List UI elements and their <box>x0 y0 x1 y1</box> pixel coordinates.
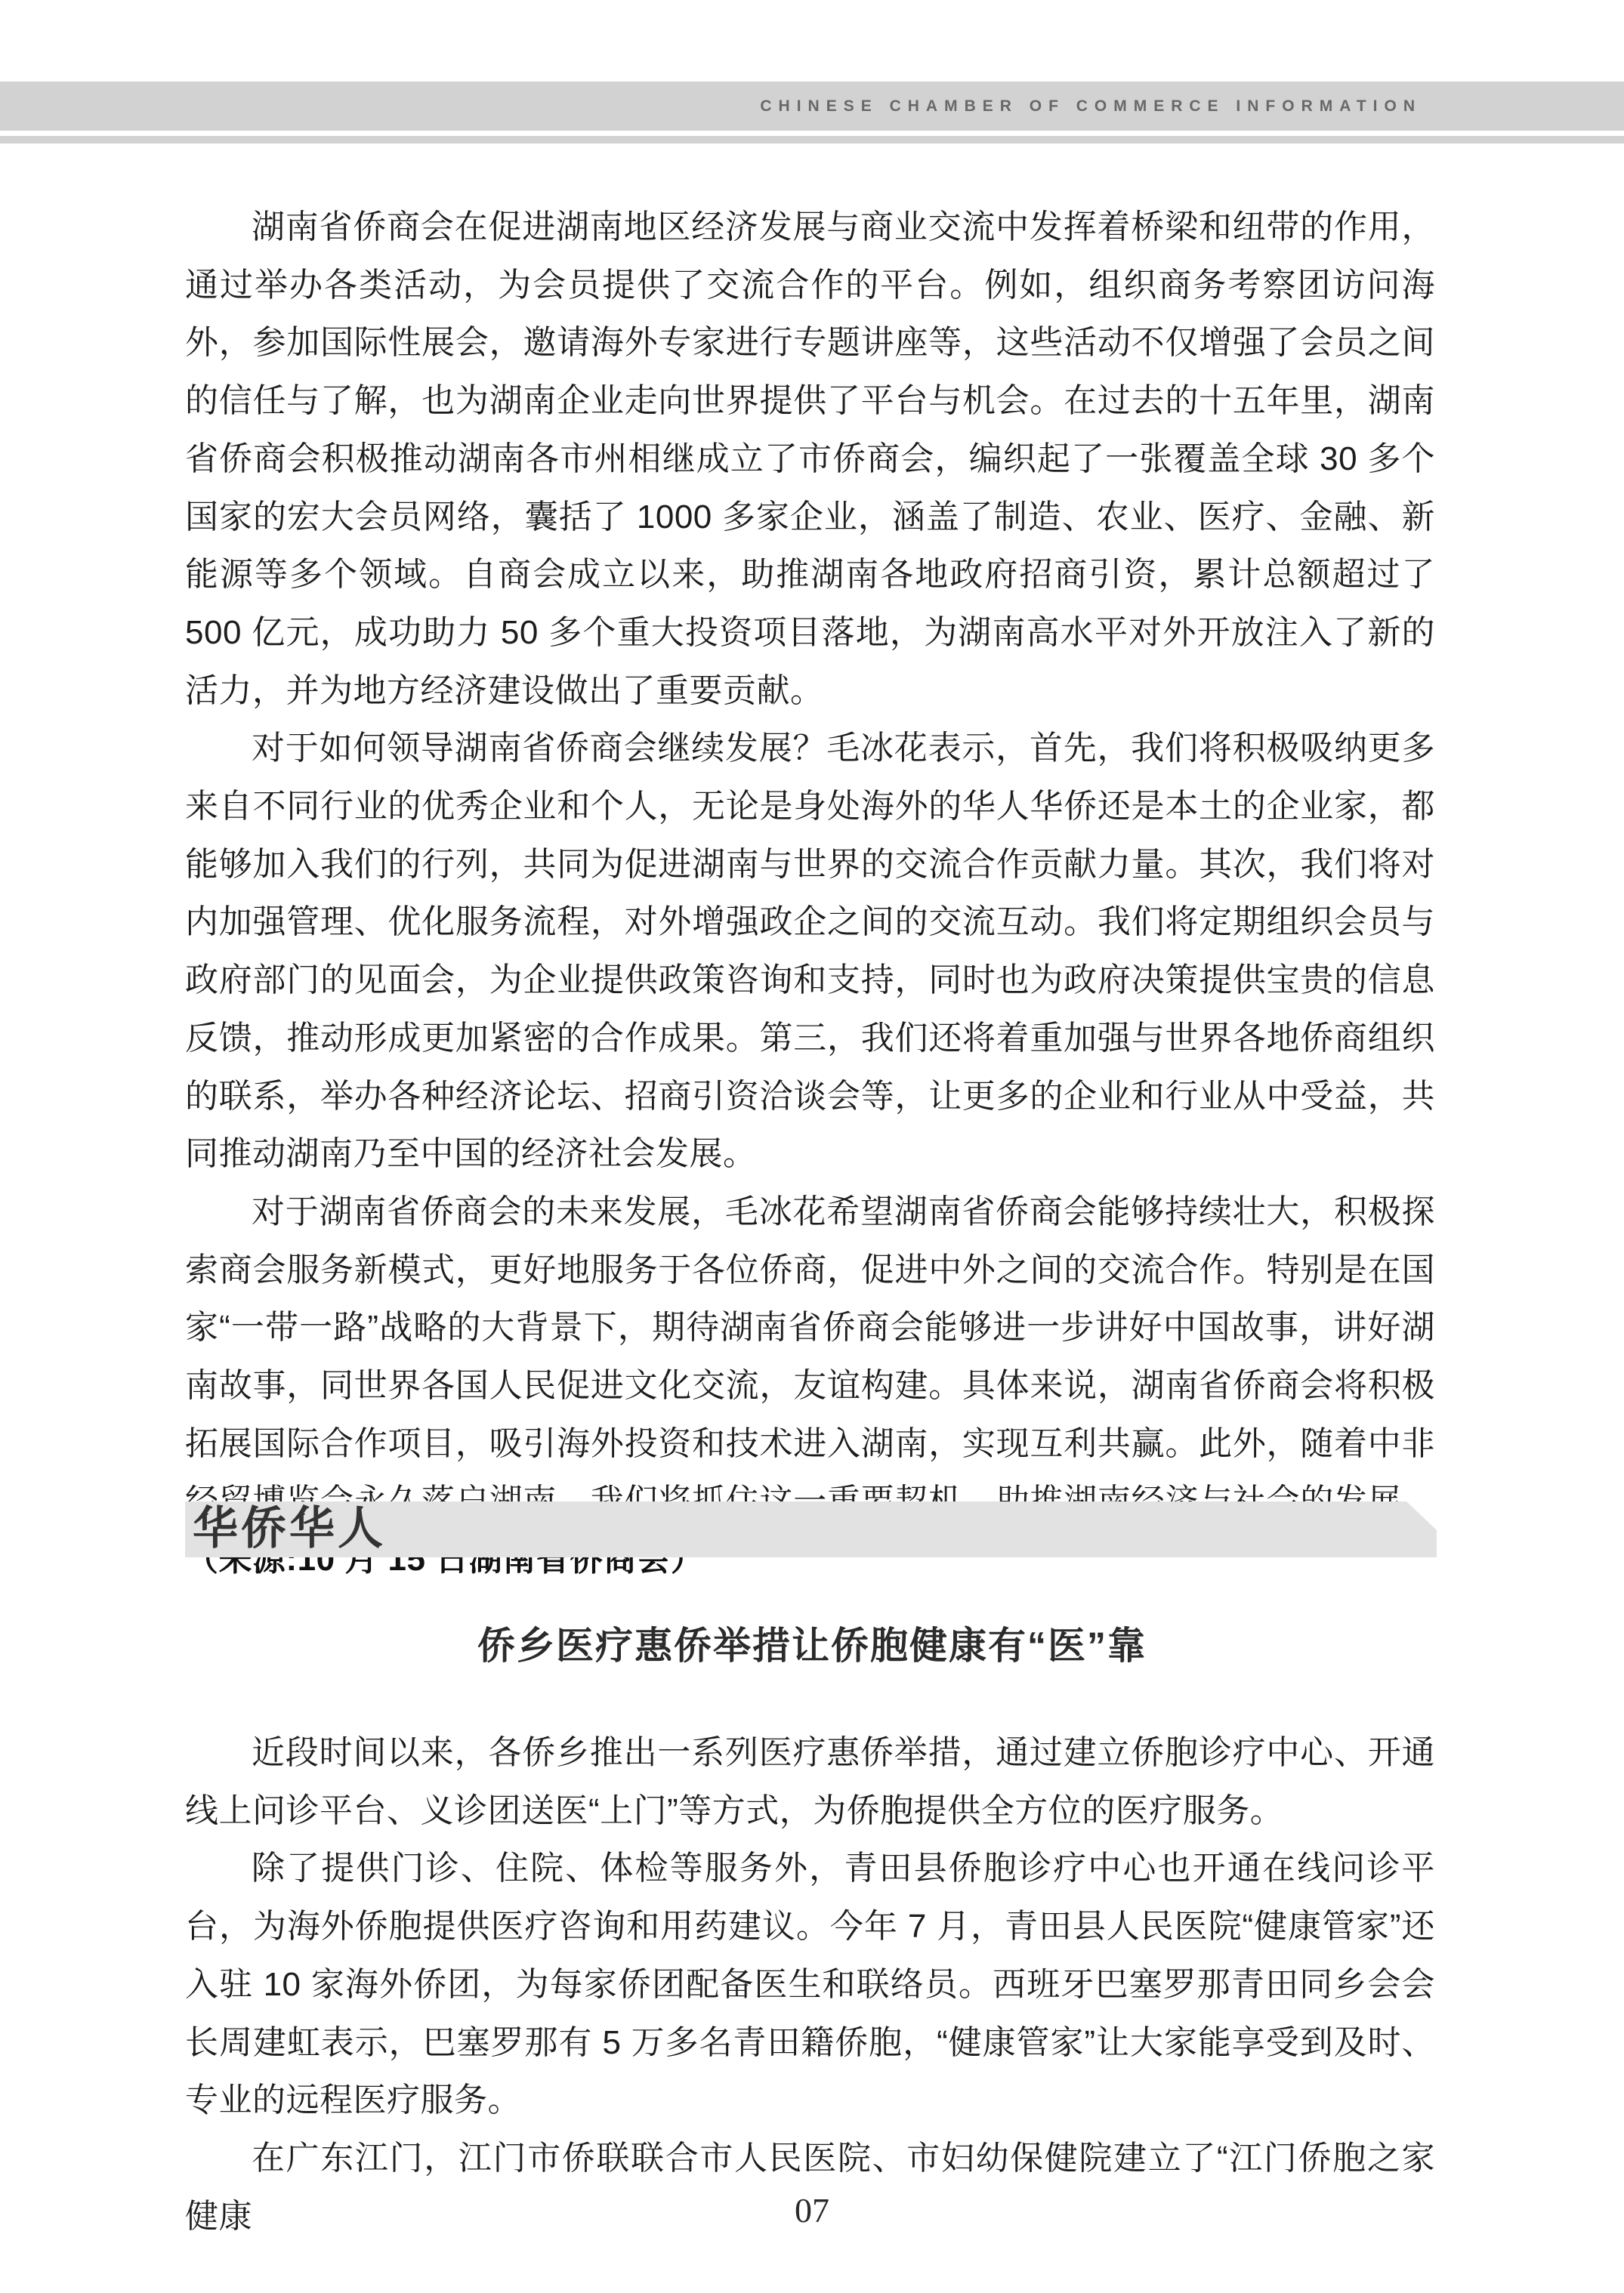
article-1-paragraph-3-text: 对于湖南省侨商会的未来发展，毛冰花希望湖南省侨商会能够持续壮大，积极探索商会服务… <box>185 1193 1435 1520</box>
article-1-body: 湖南省侨商会在促进湖南地区经济发展与商业交流中发挥着桥梁和纽带的作用，通过举办各… <box>185 199 1435 1589</box>
article-2-paragraph-1: 近段时间以来，各侨乡推出一系列医疗惠侨举措，通过建立侨胞诊疗中心、开通线上问诊平… <box>185 1724 1435 1840</box>
page-number: 07 <box>0 2190 1624 2230</box>
header-banner-text: CHINESE CHAMBER OF COMMERCE INFORMATION <box>760 82 1422 131</box>
article-1-paragraph-2: 对于如何领导湖南省侨商会继续发展？毛冰花表示，首先，我们将积极吸纳更多来自不同行… <box>185 720 1435 1184</box>
document-page: CHINESE CHAMBER OF COMMERCE INFORMATION … <box>0 0 1624 2293</box>
header-divider-band <box>0 136 1624 144</box>
article-1-paragraph-1: 湖南省侨商会在促进湖南地区经济发展与商业交流中发挥着桥梁和纽带的作用，通过举办各… <box>185 199 1435 720</box>
article-2-body: 近段时间以来，各侨乡推出一系列医疗惠侨举措，通过建立侨胞诊疗中心、开通线上问诊平… <box>185 1724 1435 2245</box>
header-band: CHINESE CHAMBER OF COMMERCE INFORMATION <box>0 82 1624 131</box>
article-2-paragraph-2: 除了提供门诊、住院、体检等服务外，青田县侨胞诊疗中心也开通在线问诊平台，为海外侨… <box>185 1840 1435 2130</box>
article-2-title: 侨乡医疗惠侨举措让侨胞健康有“医”靠 <box>0 1622 1624 1669</box>
section-title: 华侨华人 <box>185 1501 386 1556</box>
section-header-band: 华侨华人 <box>185 1501 1437 1557</box>
